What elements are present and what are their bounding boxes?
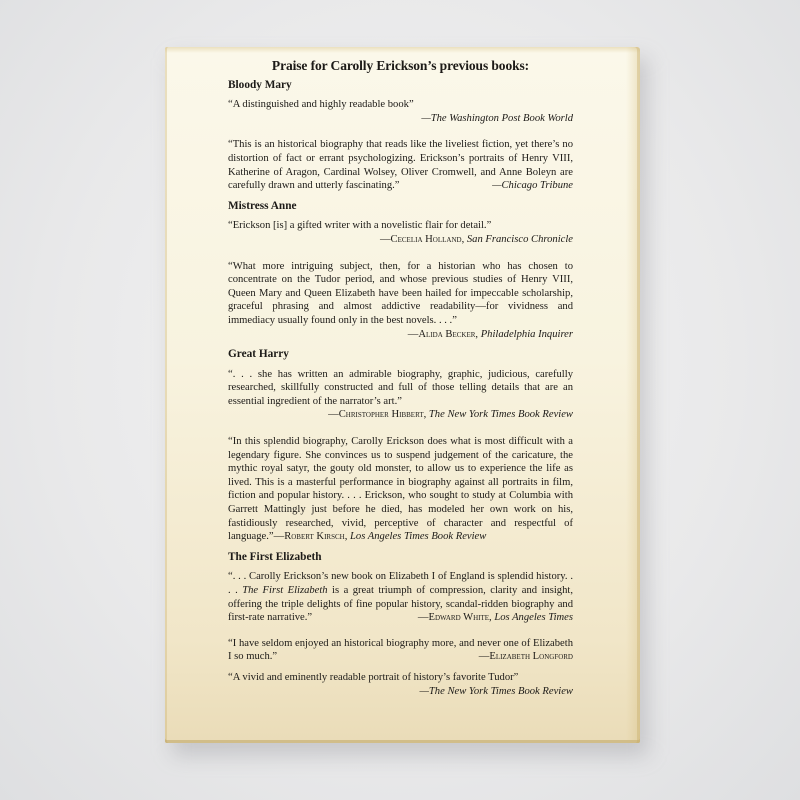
review-quote: “. . . Carolly Erickson’s new book on El… xyxy=(228,570,573,624)
review: “A vivid and eminently readable portrait… xyxy=(228,671,573,698)
attribution-name: —Robert Kirsch, xyxy=(274,531,350,542)
review-attribution: —Alida Becker, Philadelphia Inquirer xyxy=(228,328,573,342)
review-attribution: —Elizabeth Longford xyxy=(479,650,573,664)
review: “In this splendid biography, Carolly Eri… xyxy=(228,435,573,544)
review-quote: “. . . she has written an admirable biog… xyxy=(228,368,573,409)
praise-heading: Praise for Carolly Erickson’s previous b… xyxy=(228,59,573,73)
review-quote: “This is an historical biography that re… xyxy=(228,138,573,192)
praise-text-block: Praise for Carolly Erickson’s previous b… xyxy=(228,59,573,711)
book-title-great-harry: Great Harry xyxy=(228,348,573,362)
review: “What more intriguing subject, then, for… xyxy=(228,260,573,342)
review-attribution: —Christopher Hibbert, The New York Times… xyxy=(228,408,573,422)
review-quote: “A vivid and eminently readable portrait… xyxy=(228,671,573,685)
book-title-bloody-mary: Bloody Mary xyxy=(228,79,573,93)
book-title-italic: The First Elizabeth xyxy=(242,585,327,596)
book-title-the-first-elizabeth: The First Elizabeth xyxy=(228,551,573,565)
attribution-publication: Los Angeles Times xyxy=(494,612,573,623)
attribution-name: —Cecelia Holland, xyxy=(380,234,467,245)
attribution-publication: The New York Times Book Review xyxy=(429,409,573,420)
review-attribution: —Chicago Tribune xyxy=(492,179,573,193)
attribution-name: —Edward White, xyxy=(418,612,494,623)
review-quote: “Erickson [is] a gifted writer with a no… xyxy=(228,219,573,233)
review: “A distinguished and highly readable boo… xyxy=(228,98,573,125)
review: “. . . she has written an admirable biog… xyxy=(228,368,573,422)
review: “Erickson [is] a gifted writer with a no… xyxy=(228,219,573,246)
book-back-cover: Praise for Carolly Erickson’s previous b… xyxy=(165,47,640,743)
review-attribution: —Edward White, Los Angeles Times xyxy=(418,611,573,625)
attribution-publication: San Francisco Chronicle xyxy=(467,234,573,245)
attribution-publication: Philadelphia Inquirer xyxy=(481,329,573,340)
attribution-name: —Alida Becker, xyxy=(408,329,481,340)
review-quote: “In this splendid biography, Carolly Eri… xyxy=(228,435,573,544)
review-quote: “A distinguished and highly readable boo… xyxy=(228,98,573,112)
review-attribution: —Cecelia Holland, San Francisco Chronicl… xyxy=(228,233,573,247)
attribution-publication: Los Angeles Times Book Review xyxy=(350,531,486,542)
review: “This is an historical biography that re… xyxy=(228,138,573,192)
attribution-publication: —The New York Times Book Review xyxy=(419,686,573,697)
review-attribution: —The Washington Post Book World xyxy=(228,112,573,126)
review-quote: “What more intriguing subject, then, for… xyxy=(228,260,573,328)
attribution-publication: —Chicago Tribune xyxy=(492,180,573,191)
attribution-name: —Christopher Hibbert, xyxy=(328,409,429,420)
book-title-mistress-anne: Mistress Anne xyxy=(228,200,573,214)
attribution-name: —Elizabeth Longford xyxy=(479,651,573,662)
attribution-publication: —The Washington Post Book World xyxy=(421,113,573,124)
review-quote-text: “In this splendid biography, Carolly Eri… xyxy=(228,436,573,542)
review-quote: “I have seldom enjoyed an historical bio… xyxy=(228,637,573,664)
review-attribution: —The New York Times Book Review xyxy=(228,685,573,699)
review: “I have seldom enjoyed an historical bio… xyxy=(228,637,573,664)
review: “. . . Carolly Erickson’s new book on El… xyxy=(228,570,573,624)
